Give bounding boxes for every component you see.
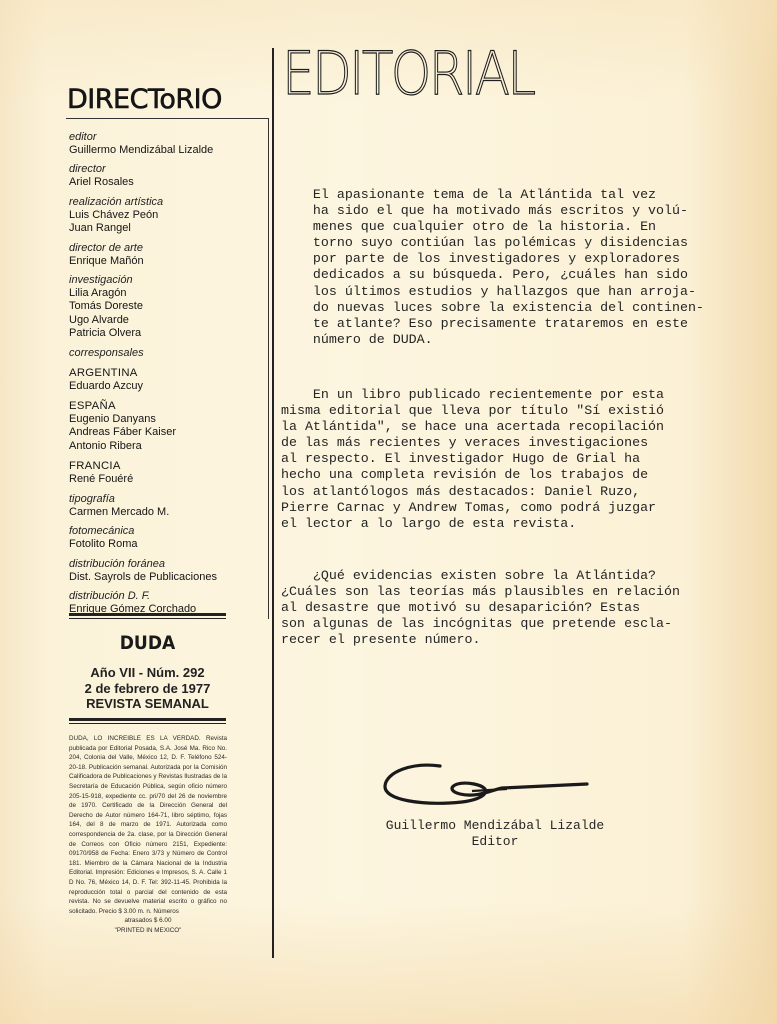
editorial-paragraph-2: En un libro publicado recientemente por …: [281, 387, 771, 532]
staff-name: Juan Rangel: [69, 222, 269, 235]
directory-title: DIRECToRIO: [67, 84, 222, 115]
staff-name: Luis Chávez Peón: [69, 209, 269, 222]
staff-name: Enrique Mañón: [69, 255, 269, 268]
legal-notice: DUDA, LO INCREIBLE ES LA VERDAD. Revista…: [69, 734, 227, 935]
column-divider: [272, 48, 274, 958]
staff-name: Andreas Fáber Kaiser: [69, 426, 269, 439]
staff-role: tipografía: [69, 493, 269, 506]
printed-in-mexico: "PRINTED IN MEXICO": [69, 926, 227, 936]
staff-name: Guillermo Mendizábal Lizalde: [69, 144, 269, 157]
editor-signature: [382, 758, 592, 813]
staff-role: director de arte: [69, 242, 269, 255]
staff-country: FRANCIA: [69, 460, 269, 473]
staff-role: realización artística: [69, 196, 269, 209]
staff-name: Carmen Mercado M.: [69, 506, 269, 519]
issue-date: 2 de febrero de 1977: [69, 681, 226, 697]
staff-name: Eduardo Azcuy: [69, 380, 269, 393]
staff-name: Fotolito Roma: [69, 538, 269, 551]
signature-name: Guillermo Mendizábal Lizalde: [300, 818, 690, 834]
legal-text: DUDA, LO INCREIBLE ES LA VERDAD. Revista…: [69, 735, 227, 915]
staff-role: distribución foránea: [69, 558, 269, 571]
editorial-paragraph-1: El apasionante tema de la Atlántida tal …: [281, 187, 771, 348]
magazine-logo: DUDA: [77, 632, 218, 654]
staff-name: Tomás Doreste: [69, 300, 269, 313]
staff-directory: editorGuillermo Mendizábal Lizaldedirect…: [69, 131, 269, 616]
signature-title: Editor: [300, 834, 690, 850]
staff-name: Antonio Ribera: [69, 440, 269, 453]
staff-name: Ugo Alvarde: [69, 314, 269, 327]
staff-name: Ariel Rosales: [69, 176, 269, 189]
issue-info: Año VII - Núm. 292 2 de febrero de 1977 …: [69, 665, 226, 712]
staff-role: director: [69, 163, 269, 176]
issue-number: Año VII - Núm. 292: [69, 665, 226, 681]
staff-role: editor: [69, 131, 269, 144]
staff-role: fotomecánica: [69, 525, 269, 538]
staff-name: René Fouéré: [69, 473, 269, 486]
staff-country: ESPAÑA: [69, 400, 269, 413]
editorial-title: EDITORIAL: [282, 44, 534, 104]
signature-block: Guillermo Mendizábal Lizalde Editor: [300, 818, 690, 850]
staff-role: corresponsales: [69, 347, 269, 360]
staff-country: ARGENTINA: [69, 367, 269, 380]
back-issues-price: atrasados $ 6.00: [69, 916, 227, 926]
staff-name: Dist. Sayrols de Publicaciones: [69, 571, 269, 584]
editorial-paragraph-3: ¿Qué evidencias existen sobre la Atlánti…: [281, 568, 771, 648]
issue-frequency: REVISTA SEMANAL: [69, 696, 226, 712]
staff-role: investigación: [69, 274, 269, 287]
staff-name: Lilia Aragón: [69, 287, 269, 300]
double-rule-top: [69, 613, 226, 619]
double-rule-bottom: [69, 718, 226, 724]
staff-role: distribución D. F.: [69, 590, 269, 603]
staff-name: Patricia Olvera: [69, 327, 269, 340]
staff-name: Eugenio Danyans: [69, 413, 269, 426]
